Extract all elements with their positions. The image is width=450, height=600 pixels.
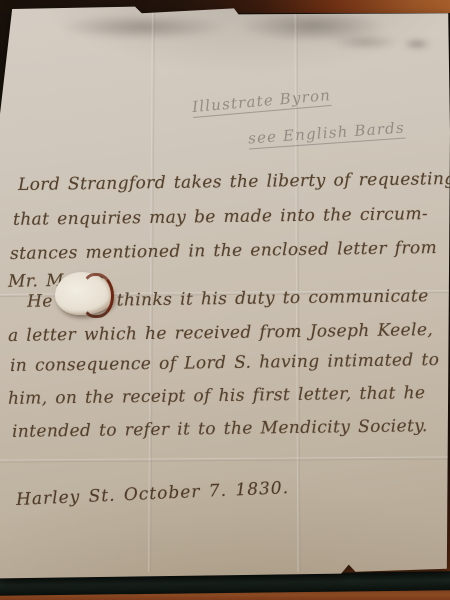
ink-smudge: [58, 14, 228, 40]
letter-line-5-end: thinks it his duty to communicate: [117, 286, 429, 310]
letter-dateline: Harley St. October 7. 1830.: [16, 478, 290, 510]
letter-line-3: stances mentioned in the enclosed letter…: [10, 238, 437, 264]
letter-line-2: that enquiries may be made into the circ…: [13, 204, 428, 230]
fold-crease-horizontal: [0, 456, 450, 462]
letter-line-1: Lord Strangford takes the liberty of req…: [18, 169, 450, 195]
letter-line-9: intended to refer it to the Mendicity So…: [12, 416, 428, 442]
wax-seal-remnant: [55, 272, 113, 315]
letter-line-8: him, on the receipt of his first letter,…: [8, 383, 426, 409]
letter-line-6: a letter which he received from Joseph K…: [8, 320, 433, 346]
ink-smudge: [330, 34, 400, 50]
letter-line-5-start: He: [27, 291, 53, 311]
paper-shadow-wrap: Illustrate Byron see English Bards Lord …: [0, 0, 450, 600]
wax-seal-rim: [81, 273, 114, 318]
pencil-annotation-line-1: Illustrate Byron: [191, 86, 331, 118]
letter-line-7: in consequence of Lord S. having intimat…: [10, 350, 440, 376]
ink-smudge: [402, 38, 432, 50]
pencil-annotation-line-2: see English Bards: [247, 119, 405, 150]
photo-of-letter: Illustrate Byron see English Bards Lord …: [0, 0, 450, 600]
letter-paper: Illustrate Byron see English Bards Lord …: [0, 0, 450, 600]
